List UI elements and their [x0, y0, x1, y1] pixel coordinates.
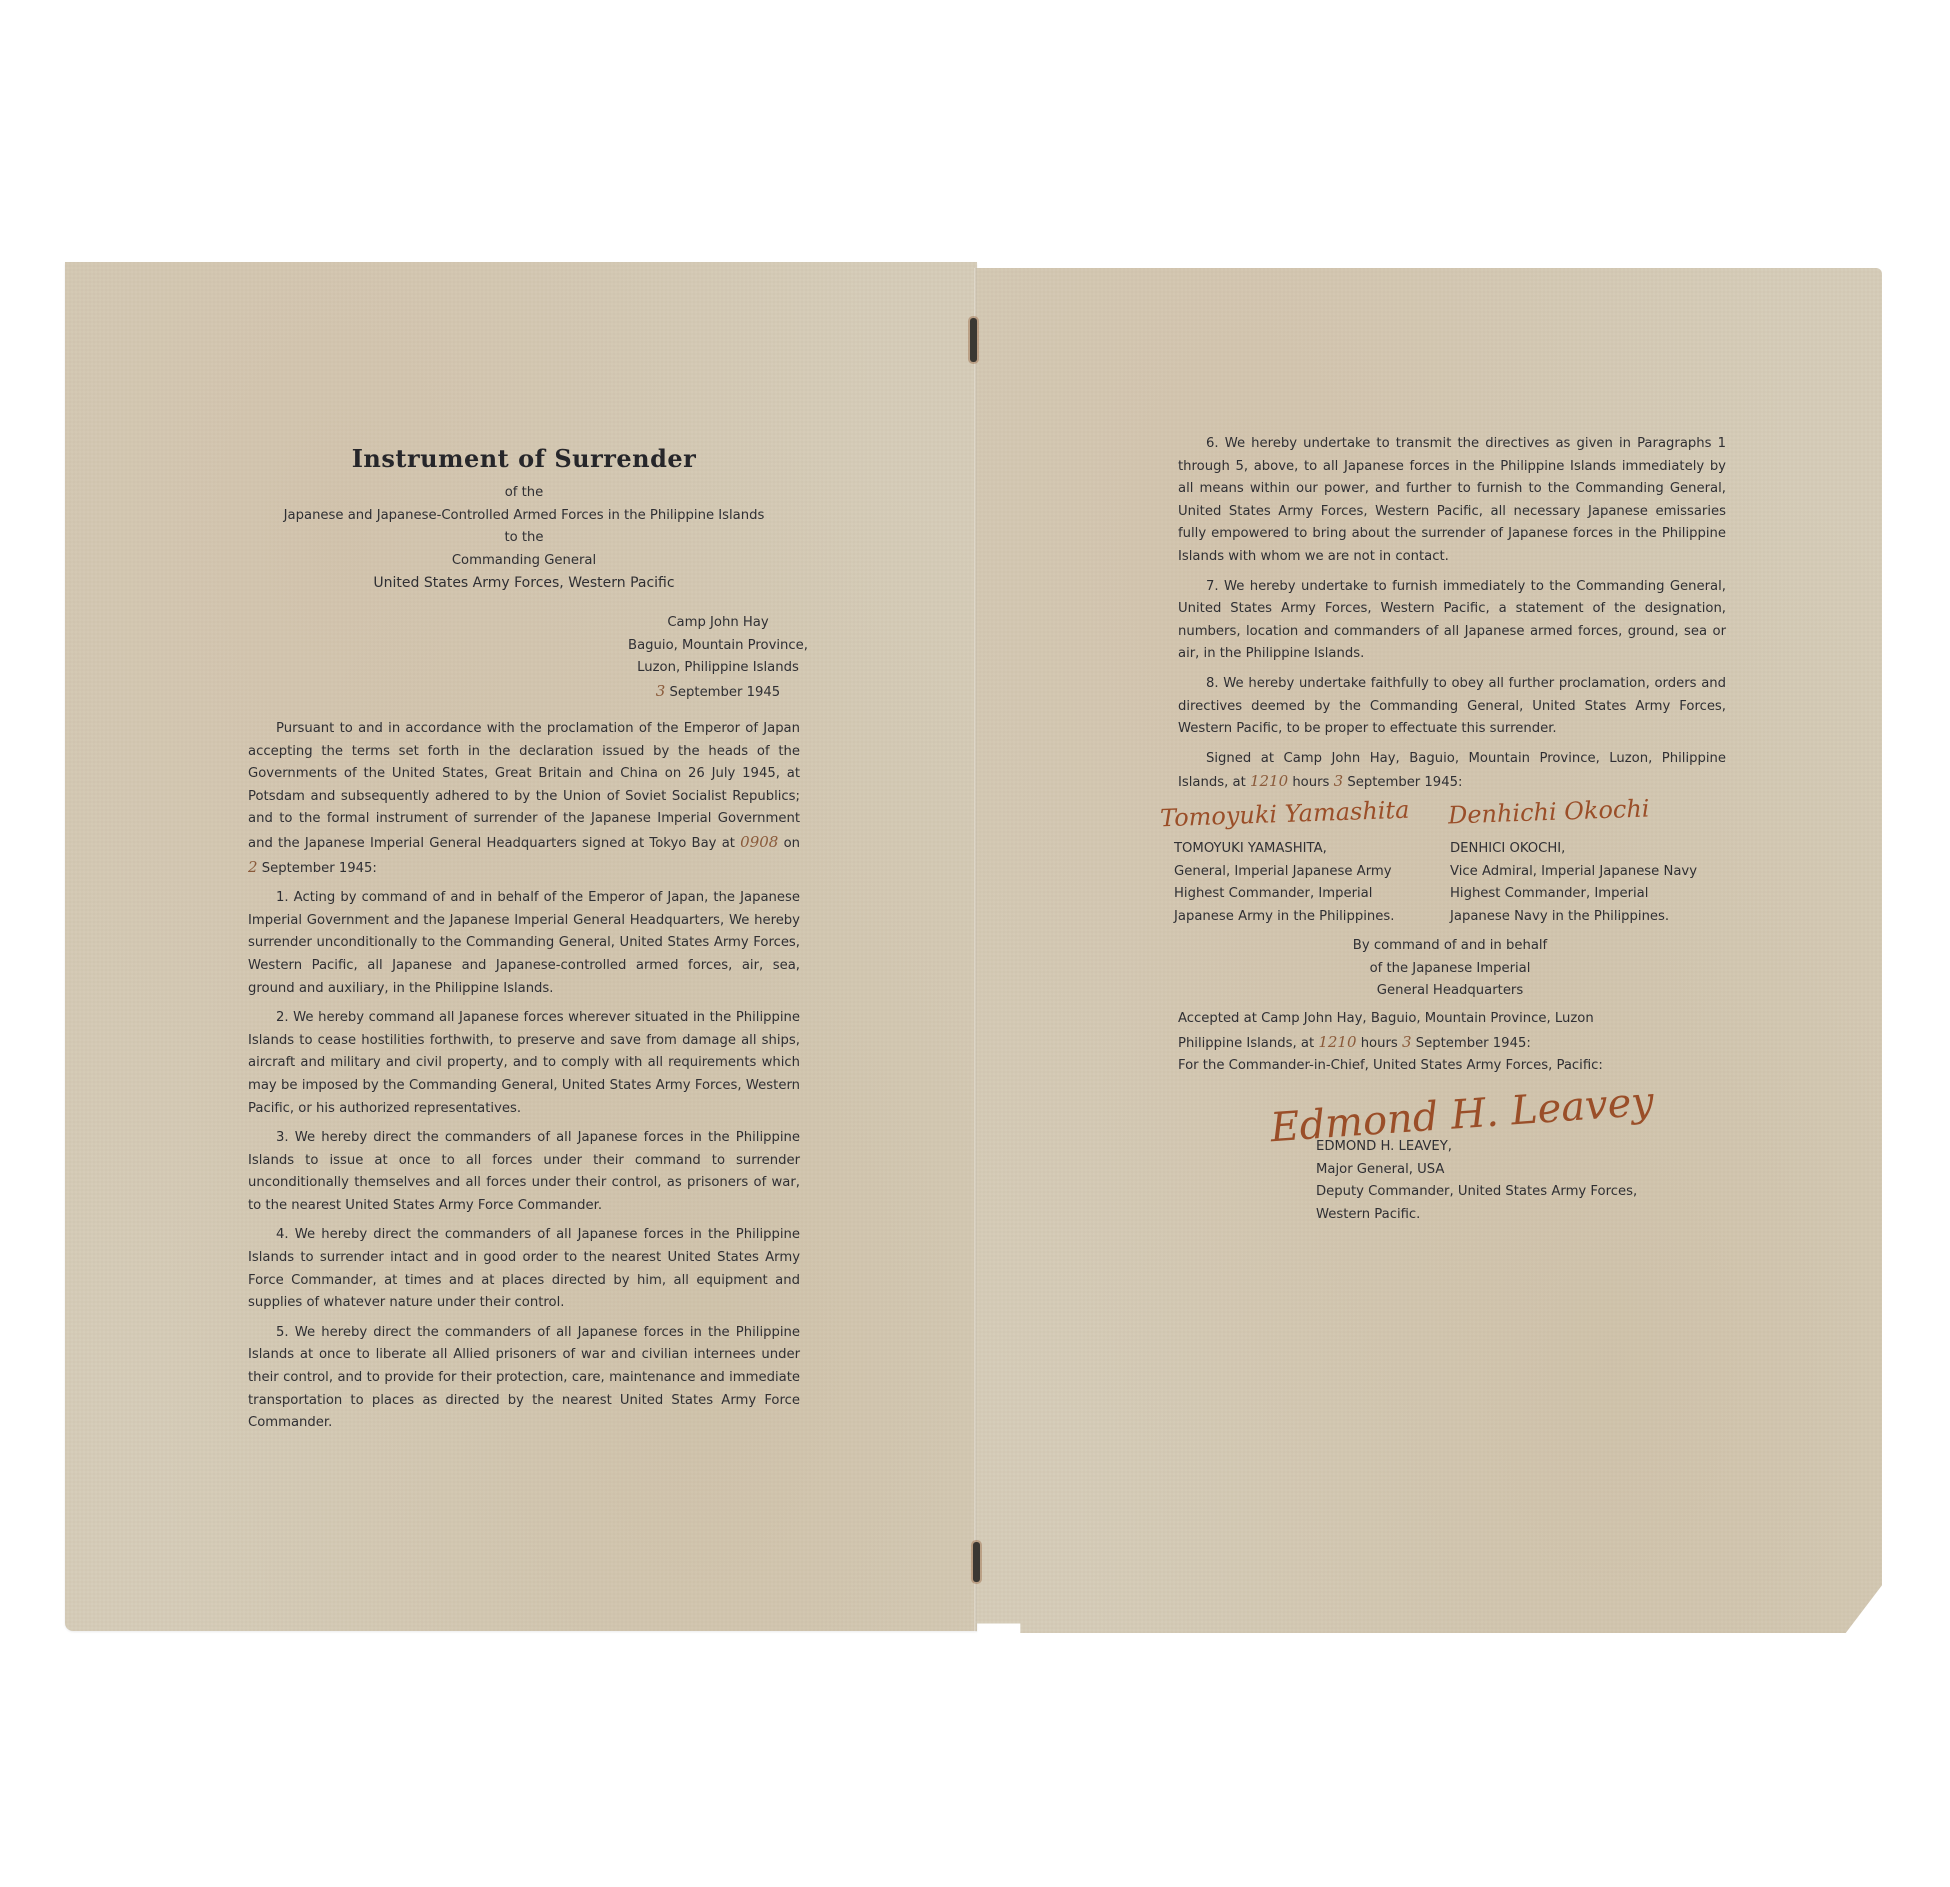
handwritten-day: 2: [248, 858, 258, 876]
acceptor-block: EDMOND H. LEAVEY, Major General, USA Dep…: [1316, 1136, 1716, 1226]
subtitle-line: to the: [248, 527, 800, 550]
paragraph-1: 1. Acting by command of and in behalf of…: [248, 887, 800, 1000]
document-title: Instrument of Surrender: [248, 444, 800, 473]
binding-gutter: [974, 268, 977, 1632]
paragraph-6: 6. We hereby undertake to transmit the d…: [1178, 433, 1726, 569]
signatory-okochi: DENHICI OKOCHI, Vice Admiral, Imperial J…: [1450, 838, 1730, 928]
subtitle-line: United States Army Forces, Western Pacif…: [248, 572, 800, 595]
subtitle-line: Commanding General: [248, 550, 800, 573]
handwritten-day: 3: [656, 682, 666, 700]
location-line: Camp John Hay: [618, 612, 818, 635]
signed-statement: Signed at Camp John Hay, Baguio, Mountai…: [1178, 748, 1726, 795]
by-command-block: By command of and in behalf of the Japan…: [1300, 935, 1600, 1003]
paragraph-8: 8. We hereby undertake faithfully to obe…: [1178, 673, 1726, 741]
staple-icon: [973, 1542, 980, 1582]
preamble: Pursuant to and in accordance with the p…: [248, 718, 800, 880]
paragraph-2: 2. We hereby command all Japanese forces…: [248, 1007, 800, 1120]
subtitle-line: of the: [248, 482, 800, 505]
handwritten-day: 3: [1334, 772, 1344, 790]
subtitle-block: of the Japanese and Japanese-Controlled …: [248, 482, 800, 595]
acceptor-name: EDMOND H. LEAVEY,: [1316, 1136, 1716, 1159]
location-block: Camp John Hay Baguio, Mountain Province,…: [618, 612, 818, 704]
handwritten-time: 1210: [1250, 772, 1288, 790]
paragraph-7: 7. We hereby undertake to furnish immedi…: [1178, 576, 1726, 666]
paragraph-3: 3. We hereby direct the commanders of al…: [248, 1127, 800, 1217]
paragraph-4: 4. We hereby direct the commanders of al…: [248, 1224, 800, 1314]
handwritten-time: 0908: [740, 833, 778, 851]
right-body: 6. We hereby undertake to transmit the d…: [1178, 433, 1726, 802]
signatory-yamashita: TOMOYUKI YAMASHITA, General, Imperial Ja…: [1174, 838, 1434, 928]
accepted-statement: Accepted at Camp John Hay, Baguio, Mount…: [1178, 1008, 1738, 1078]
date-printed: September 1945: [670, 685, 781, 700]
signatory-name: DENHICI OKOCHI,: [1450, 838, 1730, 861]
location-line: Baguio, Mountain Province,: [618, 635, 818, 658]
staple-icon: [970, 318, 977, 362]
handwritten-day: 3: [1402, 1033, 1412, 1051]
document-date: 3 September 1945: [618, 680, 818, 705]
subtitle-line: Japanese and Japanese-Controlled Armed F…: [248, 505, 800, 528]
left-body: Pursuant to and in accordance with the p…: [248, 718, 800, 1442]
location-line: Luzon, Philippine Islands: [618, 657, 818, 680]
handwritten-time: 1210: [1318, 1033, 1356, 1051]
signatory-name: TOMOYUKI YAMASHITA,: [1174, 838, 1434, 861]
paragraph-5: 5. We hereby direct the commanders of al…: [248, 1322, 800, 1435]
